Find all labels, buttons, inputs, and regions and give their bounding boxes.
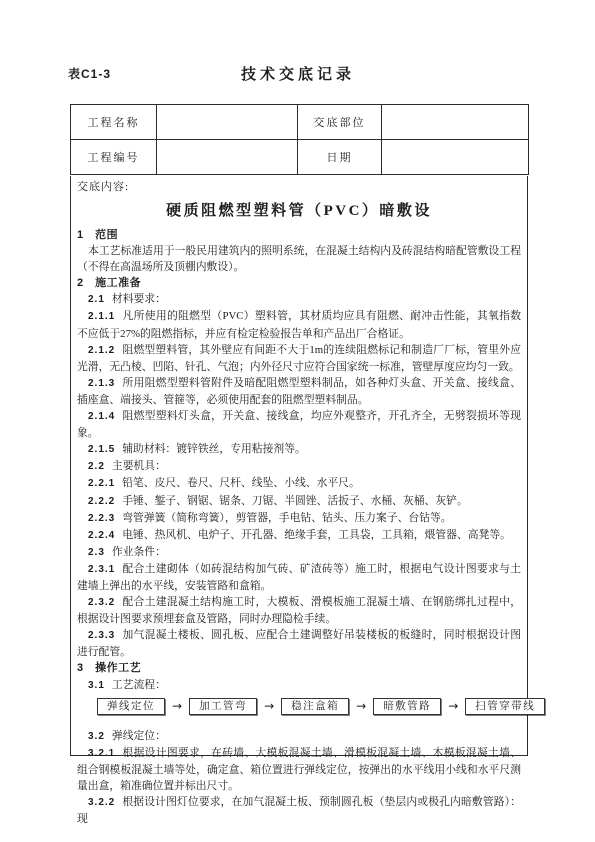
info-table: 工程名称 交底部位 工程编号 日期 (70, 104, 529, 175)
paragraph: 2.2.1铅笔、皮尺、卷尺、尺杆、线坠、小线、水平尺。 (77, 475, 521, 492)
paragraph-text: 材料要求： (112, 293, 166, 305)
table-row: 工程名称 交底部位 (71, 105, 529, 140)
paragraph: 2.1.5辅助材料：镀锌铁丝，专用粘接剂等。 (77, 441, 521, 458)
paragraph-number: 2.1 (88, 294, 105, 305)
paragraph: 2.1.3所用阻燃型塑料管附件及暗配阻燃型塑料制品，如各种灯头盒、开关盒、接线盒… (77, 375, 521, 408)
paragraph-number: 1 (77, 229, 84, 241)
paragraph-number: 3.2 (88, 731, 105, 742)
project-number-label: 工程编号 (71, 140, 157, 175)
flow-arrow-icon: → (356, 699, 366, 714)
paragraph-text: 阻燃型塑料管，其外壁应有间距不大于1m的连续阻燃标记和制造厂厂标，管里外应光滑，… (77, 344, 521, 373)
paragraph: 2.1.1凡所使用的阻燃型（PVC）塑料管，其材质均应具有阻燃、耐冲击性能，其氧… (77, 308, 521, 341)
paragraph-number: 3.2.1 (88, 748, 115, 759)
paragraph-text: 主要机具： (112, 460, 166, 472)
paragraph-number: 2.1.5 (88, 444, 115, 455)
paragraph: 2.2主要机具： (77, 458, 521, 475)
flow-arrow-icon: → (172, 699, 182, 714)
paragraph-text: 范围 (95, 229, 118, 241)
page-header: 表C1-3 技术交底记录 (68, 62, 528, 84)
paragraph-number: 2.3.3 (88, 630, 115, 641)
paragraph: 2.3作业条件： (77, 544, 521, 561)
form-code: 表C1-3 (68, 65, 111, 82)
flow-step: 扫管穿带线 (465, 698, 545, 715)
paragraph-text: 辅助材料：镀锌铁丝，专用粘接剂等。 (122, 443, 306, 455)
paragraph: 2.2.4电锤、热风机、电炉子、开孔器、绝缘手套，工具袋，工具箱，煨管器、高凳等… (77, 527, 521, 544)
paragraph: 3.2.1根据设计图要求，在砖墙、大模板混凝土墙、滑模板混凝土墙、木模板混凝土墙… (77, 745, 521, 794)
paragraph-text: 弯管弹簧（简称弯簧），剪管器，手电钻、钻头、压力案子、台钻等。 (122, 512, 451, 524)
paragraph-number: 2.1.2 (88, 345, 115, 356)
paragraph-text: 施工准备 (95, 277, 141, 289)
paragraph-text: 操作工艺 (95, 662, 141, 674)
paragraph-text: 配合土建砌体（如砖混结构加气砖、矿渣砖等）施工时，根据电气设计图要求与土建墙上弹… (77, 563, 521, 592)
flow-arrow-icon: → (264, 699, 274, 714)
paragraph-number: 2.1.3 (88, 378, 115, 389)
paragraph-number: 2.2.2 (88, 496, 115, 507)
paragraph-text: 本工艺标准适用于一般民用建筑内的照明系统，在混凝土结构内及砖混结构暗配管敷设工程… (77, 245, 521, 273)
paragraph-number: 2.3.1 (88, 564, 115, 575)
paragraph: 3.2.2根据设计图灯位要求，在加气混凝土板、预制圆孔板（垫层内或极孔内暗敷管路… (77, 794, 521, 827)
paragraph-text: 根据设计图灯位要求，在加气混凝土板、预制圆孔板（垫层内或极孔内暗敷管路）：现 (77, 796, 521, 825)
content-blocks: 1范围本工艺标准适用于一般民用建筑内的照明系统，在混凝土结构内及砖混结构暗配管敷… (77, 227, 521, 827)
paragraph: 2.1.2阻燃型塑料管，其外壁应有间距不大于1m的连续阻燃标记和制造厂厂标，管里… (77, 342, 521, 375)
table-row: 工程编号 日期 (71, 140, 529, 175)
document-page: 表C1-3 技术交底记录 工程名称 交底部位 工程编号 日期 交底内容: 硬质阻… (0, 0, 595, 842)
paragraph-number: 3 (77, 662, 84, 674)
paragraph: 3.2弹线定位： (77, 728, 521, 745)
paragraph: 3.1工艺流程： (77, 677, 521, 694)
paragraph-number: 2.2.3 (88, 513, 115, 524)
section-heading: 1范围 (77, 227, 521, 243)
paragraph-number: 2.3.2 (88, 597, 115, 608)
process-flow: 弹线定位→加工管弯→稳注盒箱→暗敷管路→扫管穿带线 (97, 698, 521, 715)
section-heading: 2施工准备 (77, 275, 521, 291)
paragraph-text: 所用阻燃型塑料管附件及暗配阻燃型塑料制品，如各种灯头盒、开关盒、接线盒、插座盒、… (77, 377, 521, 406)
project-number-value (157, 140, 298, 175)
paragraph: 2.1.4阻燃型塑料灯头盒，开关盒、接线盒，均应外观整齐，开孔齐全，无劈裂损坏等… (77, 408, 521, 441)
flow-step: 加工管弯 (189, 698, 257, 715)
paragraph-number: 2.2.4 (88, 530, 115, 541)
paragraph-number: 2.1.4 (88, 411, 115, 422)
paragraph-text: 配合土建混凝土结构施工时，大模板、滑模板施工混凝土墙、在钢筋绑扎过程中，根据设计… (77, 596, 521, 625)
paragraph-number: 3.2.2 (88, 797, 115, 808)
project-name-label: 工程名称 (71, 105, 157, 140)
paragraph: 2.2.2手锤、錾子、钢锯、锯条、刀锯、半圆锉、活扳子、水桶、灰桶、灰铲。 (77, 493, 521, 510)
paragraph-text: 作业条件： (112, 546, 166, 558)
flow-step: 稳注盒箱 (281, 698, 349, 715)
paragraph-text: 工艺流程： (112, 679, 166, 691)
paragraph-text: 电锤、热风机、电炉子、开孔器、绝缘手套，工具袋，工具箱，煨管器、高凳等。 (122, 529, 511, 541)
project-name-value (157, 105, 298, 140)
flow-arrow-icon: → (448, 699, 458, 714)
paragraph-number: 2.2 (88, 461, 105, 472)
content-label: 交底内容: (77, 180, 521, 195)
paragraph-text: 阻燃型塑料灯头盒，开关盒、接线盒，均应外观整齐，开孔齐全，无劈裂损坏等现象。 (77, 410, 521, 439)
paragraph-text: 弹线定位： (112, 730, 166, 742)
paragraph-number: 2.2.1 (88, 478, 115, 489)
section-heading: 3操作工艺 (77, 660, 521, 676)
paragraph-text: 铅笔、皮尺、卷尺、尺杆、线坠、小线、水平尺。 (122, 477, 360, 489)
doc-title: 硬质阻燃型塑料管（PVC）暗敷设 (77, 199, 521, 220)
paragraph: 2.2.3弯管弹簧（简称弯簧），剪管器，手电钻、钻头、压力案子、台钻等。 (77, 510, 521, 527)
date-value (382, 140, 529, 175)
disclosure-content-box: 交底内容: 硬质阻燃型塑料管（PVC）暗敷设 1范围本工艺标准适用于一般民用建筑… (70, 176, 528, 756)
paragraph-number: 2.3 (88, 547, 105, 558)
paragraph: 2.3.2配合土建混凝土结构施工时，大模板、滑模板施工混凝土墙、在钢筋绑扎过程中… (77, 594, 521, 627)
flow-step: 弹线定位 (97, 698, 165, 715)
paragraph: 2.3.1配合土建砌体（如砖混结构加气砖、矿渣砖等）施工时，根据电气设计图要求与… (77, 561, 521, 594)
flow-step: 暗敷管路 (373, 698, 441, 715)
paragraph: 本工艺标准适用于一般民用建筑内的照明系统，在混凝土结构内及砖混结构暗配管敷设工程… (77, 243, 521, 275)
paragraph-text: 凡所使用的阻燃型（PVC）塑料管，其材质均应具有阻燃、耐冲击性能，其氧指数不应低… (77, 310, 521, 339)
paragraph-number: 3.1 (88, 680, 105, 691)
paragraph-text: 根据设计图要求，在砖墙、大模板混凝土墙、滑模板混凝土墙、木模板混凝土墙、组合钢模… (77, 747, 521, 792)
disclosure-part-label: 交底部位 (298, 105, 382, 140)
paragraph-number: 2.1.1 (88, 311, 115, 322)
disclosure-part-value (382, 105, 529, 140)
date-label: 日期 (298, 140, 382, 175)
paragraph-text: 加气混凝土楼板、圆孔板、应配合土建调整好吊装楼板的板缝时，同时根据设计图进行配管… (77, 629, 521, 658)
paragraph: 2.3.3加气混凝土楼板、圆孔板、应配合土建调整好吊装楼板的板缝时，同时根据设计… (77, 627, 521, 660)
paragraph-text: 手锤、錾子、钢锯、锯条、刀锯、半圆锉、活扳子、水桶、灰桶、灰铲。 (122, 495, 468, 507)
paragraph-number: 2 (77, 277, 84, 289)
document-type-title: 技术交底记录 (68, 62, 528, 84)
paragraph: 2.1材料要求： (77, 291, 521, 308)
